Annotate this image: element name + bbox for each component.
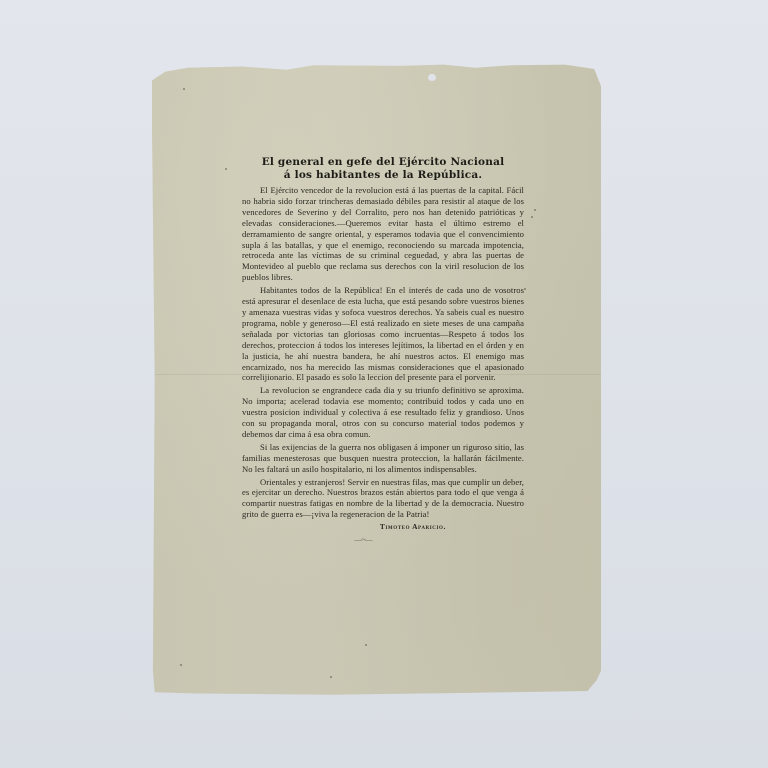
paragraph-2: Habitantes todos de la República! En el … — [242, 285, 524, 383]
paragraph-5: Orientales y estranjeros! Servir en nues… — [242, 477, 524, 521]
ink-spot — [225, 168, 227, 170]
ink-spot — [365, 644, 367, 646]
proclamation-text: El general en gefe del Ejército Nacional… — [242, 156, 524, 546]
ink-spot — [534, 209, 536, 211]
ink-spot — [180, 664, 182, 666]
paper-hole — [428, 74, 436, 81]
ink-spot — [183, 88, 185, 90]
signature: Timoteo Aparicio. — [242, 522, 524, 533]
closing-ornament: —~— — [242, 535, 524, 546]
title-line-1: El general en gefe del Ejército Nacional — [242, 156, 524, 169]
paragraph-1: El Ejército vencedor de la revolucion es… — [242, 185, 524, 283]
proclamation-title: El general en gefe del Ejército Nacional… — [242, 156, 524, 181]
paragraph-4: Si las exijencias de la guerra nos oblig… — [242, 442, 524, 475]
ink-spot — [524, 288, 526, 290]
photo-backdrop: El general en gefe del Ejército Nacional… — [0, 0, 768, 768]
paragraph-3: La revolucion se engrandece cada dia y s… — [242, 385, 524, 440]
ink-spot — [531, 216, 533, 218]
ink-spot — [330, 676, 332, 678]
title-line-2: á los habitantes de la República. — [242, 169, 524, 182]
